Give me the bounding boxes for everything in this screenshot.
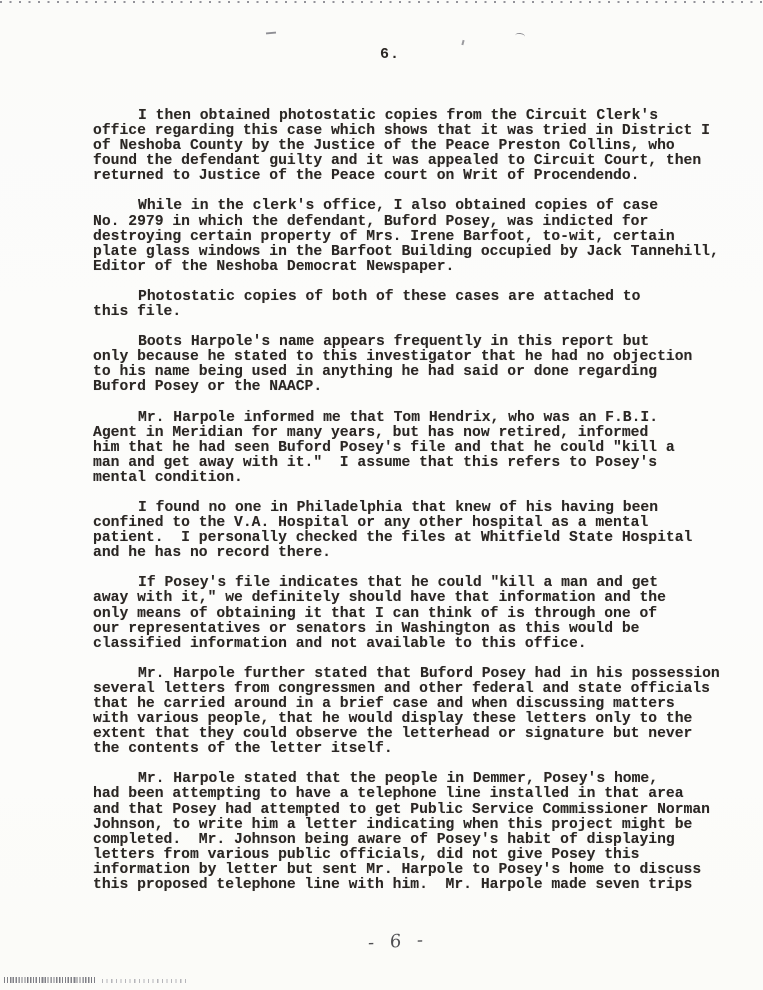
- text-line: this file.: [93, 305, 743, 320]
- text-line: that he carried around in a brief case a…: [93, 697, 743, 712]
- text-line: returned to Justice of the Peace court o…: [93, 169, 743, 184]
- text-line: classified information and not available…: [93, 637, 743, 652]
- paragraph: While in the clerk's office, I also obta…: [93, 199, 743, 274]
- paragraph: Mr. Harpole further stated that Buford P…: [93, 667, 743, 758]
- text-line: Agent in Meridian for many years, but ha…: [93, 426, 743, 441]
- perforation-dots-artifact: [0, 1, 763, 3]
- page-number-header: 6.: [380, 46, 400, 63]
- document-body: I then obtained photostatic copies from …: [93, 109, 743, 908]
- scan-edge-marks-artifact: [102, 979, 188, 983]
- text-line: Johnson, to write him a letter indicatin…: [93, 818, 743, 833]
- paragraph: Mr. Harpole informed me that Tom Hendrix…: [93, 411, 743, 486]
- text-line: him that he had seen Buford Posey's file…: [93, 441, 743, 456]
- text-line: and he has no record there.: [93, 546, 743, 561]
- text-line: completed. Mr. Johnson being aware of Po…: [93, 833, 743, 848]
- text-line: office regarding this case which shows t…: [93, 124, 743, 139]
- text-line: Mr. Harpole informed me that Tom Hendrix…: [93, 411, 743, 426]
- paragraph: I found no one in Philadelphia that knew…: [93, 501, 743, 561]
- text-line: plate glass windows in the Barfoot Build…: [93, 245, 743, 260]
- text-line: Buford Posey or the NAACP.: [93, 380, 743, 395]
- text-line: confined to the V.A. Hospital or any oth…: [93, 516, 743, 531]
- scan-speck-artifact: [515, 32, 526, 39]
- text-line: Mr. Harpole further stated that Buford P…: [93, 667, 743, 682]
- text-line: I then obtained photostatic copies from …: [93, 109, 743, 124]
- paragraph: If Posey's file indicates that he could …: [93, 576, 743, 651]
- text-line: away with it," we definitely should have…: [93, 591, 743, 606]
- text-line: our representatives or senators in Washi…: [93, 622, 743, 637]
- text-line: the contents of the letter itself.: [93, 742, 743, 757]
- scan-speck-artifact: [266, 32, 276, 35]
- text-line: destroying certain property of Mrs. Iren…: [93, 230, 743, 245]
- paragraph: Mr. Harpole stated that the people in De…: [93, 772, 743, 893]
- page-number-footer-handwritten: - 6 -: [368, 929, 429, 953]
- text-line: and that Posey had attempted to get Publ…: [93, 803, 743, 818]
- text-line: this proposed telephone line with him. M…: [93, 878, 743, 893]
- text-line: information by letter but sent Mr. Harpo…: [93, 863, 743, 878]
- scan-speck-artifact: [461, 40, 464, 45]
- text-line: mental condition.: [93, 471, 743, 486]
- paragraph: I then obtained photostatic copies from …: [93, 109, 743, 184]
- scanned-document-page: 6. I then obtained photostatic copies fr…: [0, 0, 763, 990]
- text-line: Photostatic copies of both of these case…: [93, 290, 743, 305]
- text-line: patient. I personally checked the files …: [93, 531, 743, 546]
- text-line: No. 2979 in which the defendant, Buford …: [93, 215, 743, 230]
- scan-edge-marks-artifact: [4, 977, 96, 983]
- paragraph: Photostatic copies of both of these case…: [93, 290, 743, 320]
- text-line: with various people, that he would displ…: [93, 712, 743, 727]
- text-line: had been attempting to have a telephone …: [93, 787, 743, 802]
- text-line: only means of obtaining it that I can th…: [93, 607, 743, 622]
- text-line: Boots Harpole's name appears frequently …: [93, 335, 743, 350]
- text-line: several letters from congressmen and oth…: [93, 682, 743, 697]
- text-line: Editor of the Neshoba Democrat Newspaper…: [93, 260, 743, 275]
- text-line: While in the clerk's office, I also obta…: [93, 199, 743, 214]
- text-line: letters from various public officials, d…: [93, 848, 743, 863]
- paragraph: Boots Harpole's name appears frequently …: [93, 335, 743, 395]
- text-line: I found no one in Philadelphia that knew…: [93, 501, 743, 516]
- text-line: man and get away with it." I assume that…: [93, 456, 743, 471]
